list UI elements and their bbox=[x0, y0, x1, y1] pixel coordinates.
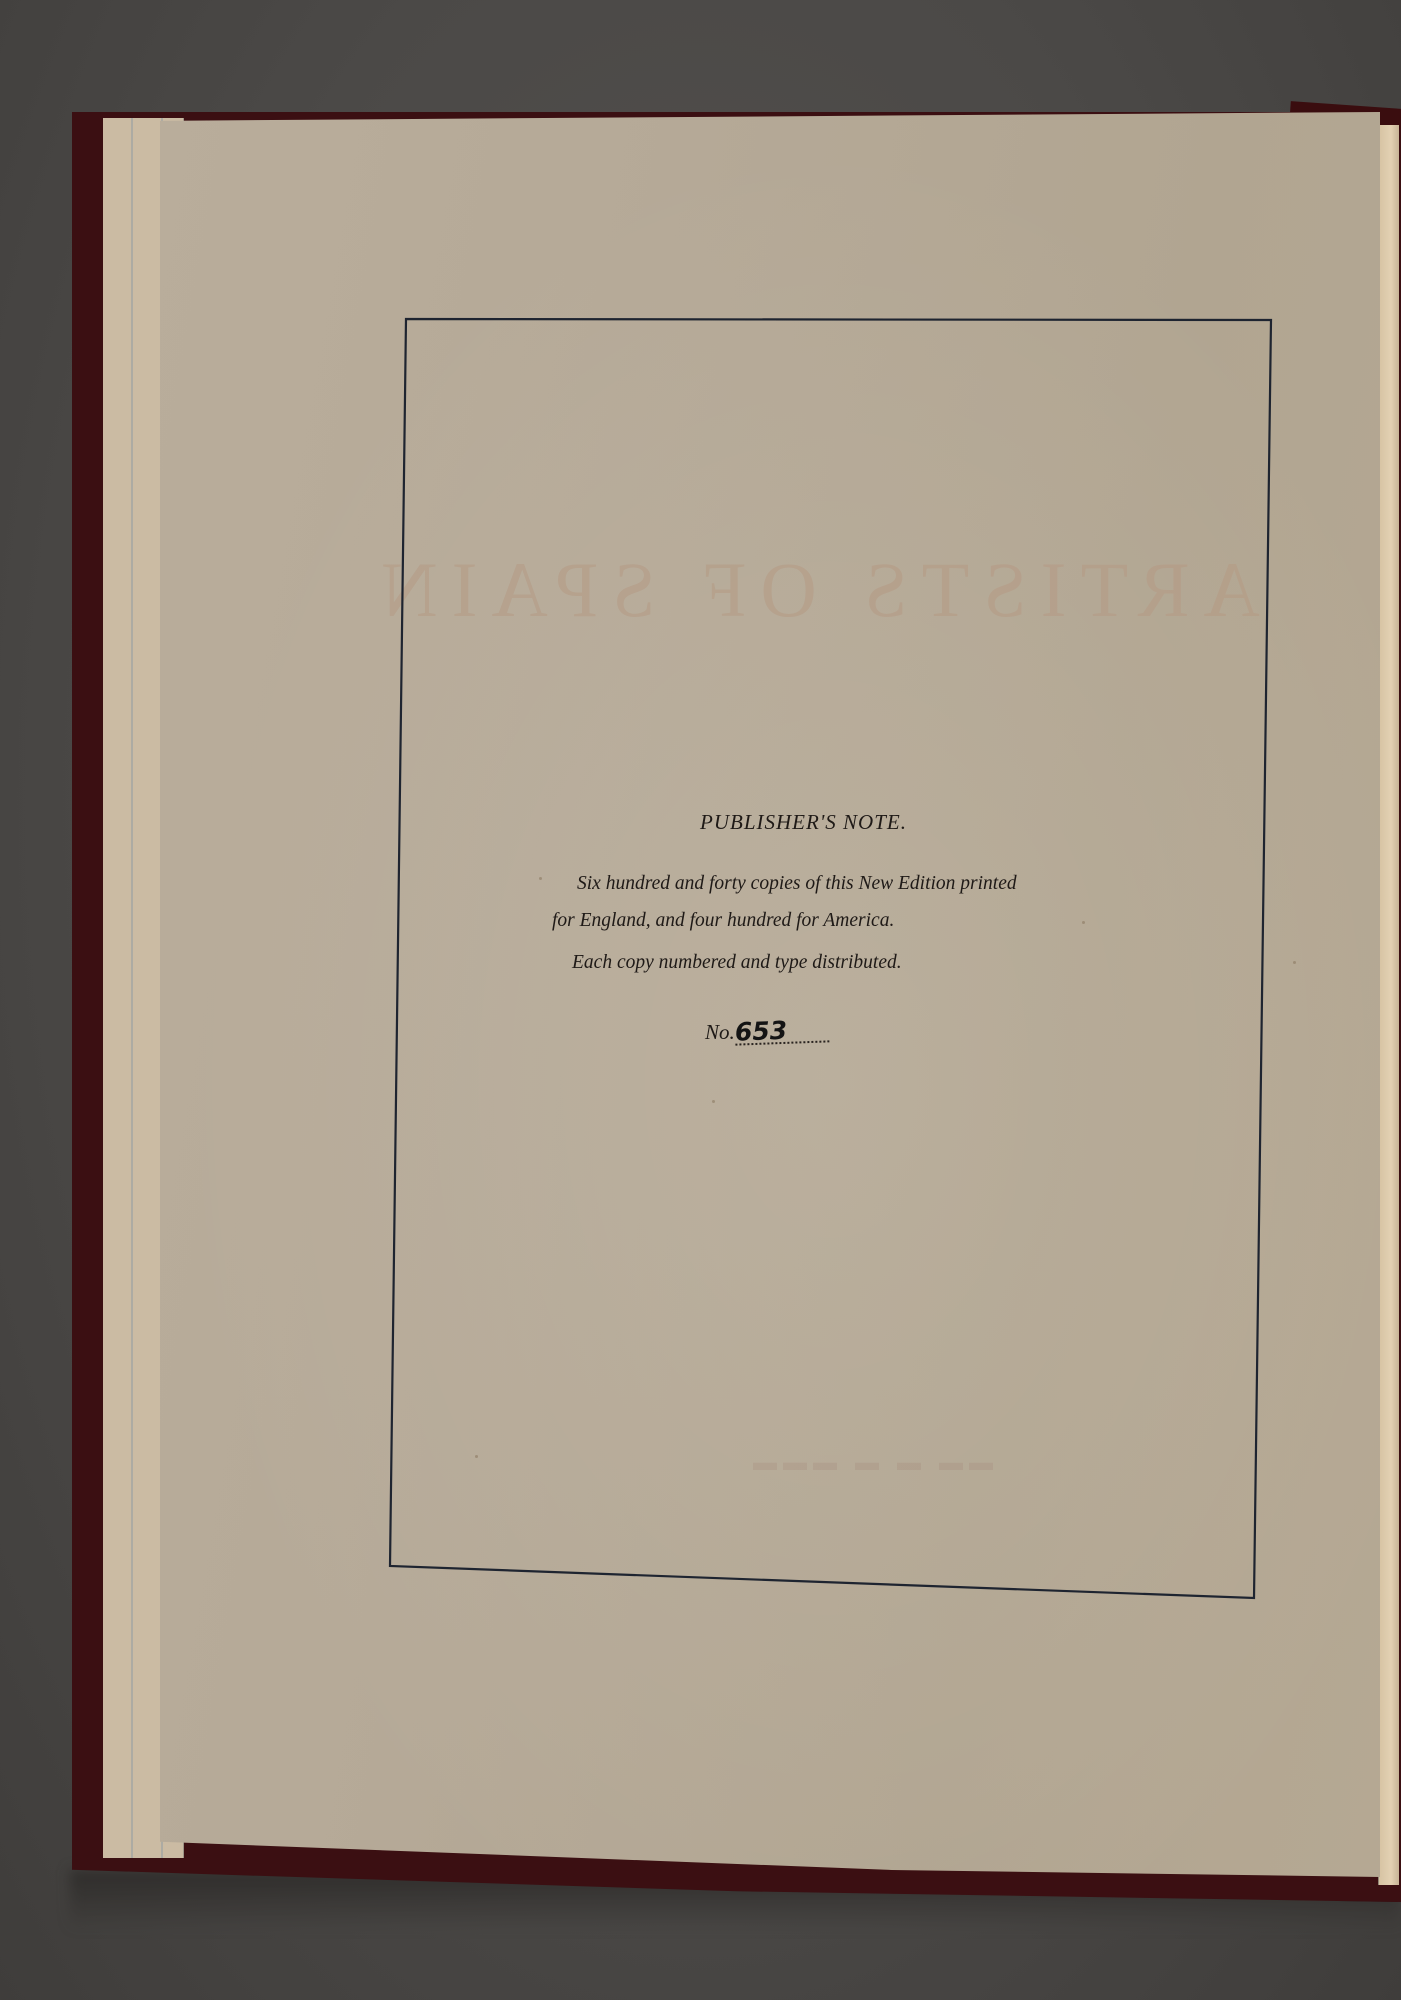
copy-number: No.653 bbox=[705, 1020, 829, 1045]
note-line: Six hundred and forty copies of this New… bbox=[577, 873, 1017, 895]
flyleaf-edge bbox=[131, 118, 133, 1858]
paper-speck bbox=[1293, 961, 1296, 964]
paper-speck bbox=[1082, 921, 1085, 924]
paper-speck bbox=[712, 1100, 715, 1103]
copy-number-handwritten: 653 bbox=[734, 1018, 829, 1045]
paper-speck bbox=[475, 1455, 478, 1458]
copy-number-label: No. bbox=[705, 1020, 735, 1044]
note-line: Each copy numbered and type distributed. bbox=[572, 952, 902, 974]
note-line: for England, and four hundred for Americ… bbox=[552, 910, 894, 932]
show-through-imprint: ▬▬ ▬ ▬ ▬▬▬ bbox=[690, 1450, 1050, 1477]
note-title: PUBLISHER'S NOTE. bbox=[700, 810, 907, 835]
page-sheen bbox=[160, 112, 1380, 1877]
page bbox=[160, 112, 1380, 1877]
show-through-title: ARTISTS OF SPAIN bbox=[440, 545, 1260, 635]
right-page-edges bbox=[1378, 125, 1399, 1885]
paper-speck bbox=[539, 877, 542, 880]
